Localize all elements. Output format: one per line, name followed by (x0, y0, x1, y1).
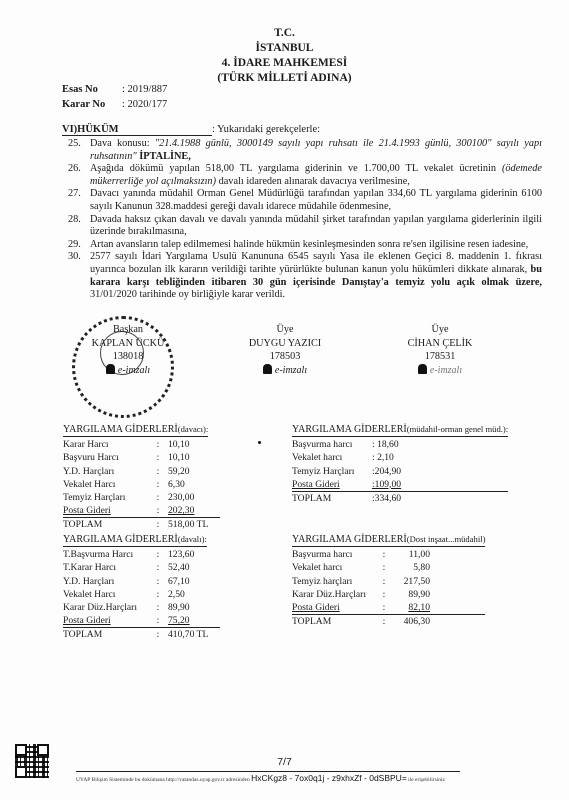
judgment-item: 28. Davada haksız çıkan davalı ve davalı… (68, 214, 542, 239)
hukum-heading: VI)HÜKÜM: Yukarıdaki gerekçelerle: (62, 124, 542, 136)
judgment-item: 27. Davacı yanında müdahil Orman Genel M… (68, 188, 542, 213)
signature-president: Başkan KAPLAN ÜCKÜ 138018 e-imzalı (68, 323, 188, 377)
stray-dot (258, 441, 261, 444)
header-court: 4. İDARE MAHKEMESİ (0, 56, 569, 71)
expense-total-row: TOPLAM:518,00 TL (63, 517, 220, 531)
expenses-dost-insaat: YARGILAMA GİDERLERİ(Dost inşaat...müdahi… (292, 533, 485, 628)
expense-row: Vekalet Harcı:2,50 (63, 588, 220, 601)
expense-row: Posta Gideri:75,20 (63, 614, 220, 627)
expense-row: Karar Harcı:10,10 (63, 438, 220, 451)
expense-row: T.Başvurma Harcı:123,60 (63, 548, 220, 561)
expense-row: Y.D. Harçları:59,20 (63, 465, 220, 478)
hukum-intro: : Yukarıdaki gerekçelerle: (212, 124, 320, 135)
e-signature-icon (106, 364, 115, 374)
judgment-items: 25. Dava konusu: "21.4.1988 günlü, 30001… (68, 138, 542, 302)
footer-verification: UYAP Bilişim Sisteminde bu dokümana http… (76, 773, 496, 783)
expense-total-row: TOPLAM:406,30 (292, 614, 485, 628)
expense-row: Temyiz Harçları:230,00 (63, 491, 220, 504)
judgment-item: 30. 2577 sayılı İdari Yargılama Usulü Ka… (68, 251, 542, 301)
esas-value: : 2019/887 (122, 82, 167, 97)
header-city: İSTANBUL (0, 41, 569, 56)
signature-member-1: Üye DUYGU YAZICI 178503 e-imzalı (225, 323, 345, 377)
judgment-item: 29. Artan avansların talep edilmemesi ha… (68, 239, 542, 252)
hukum-title: VI)HÜKÜM (62, 124, 212, 136)
page-number: 7/7 (0, 756, 569, 768)
expense-row: T.Karar Harcı:52,40 (63, 561, 220, 574)
expense-row: Posta Gideri:109,00 (292, 478, 508, 491)
karar-label: Karar No (62, 97, 122, 112)
expense-total-row: TOPLAM:410,70 TL (63, 627, 220, 641)
expense-row: Vekalet harcı:5,80 (292, 561, 485, 574)
signature-member-2: Üye CİHAN ÇELİK 178531 e-imzalı (380, 323, 500, 377)
expenses-mudahil-orman: YARGILAMA GİDERLERİ(müdahil-orman genel … (292, 423, 508, 505)
verification-code: HxCKgz8 - 7ox0q1j - z9xhxZf - 0dSBPU= (251, 773, 407, 783)
judgment-item: 26. Aşağıda dökümü yapılan 518,00 TL yar… (68, 163, 542, 188)
footer-divider (76, 771, 460, 772)
expense-row: Başvurma harcı:11,00 (292, 548, 485, 561)
expense-row: Posta Gideri:202,30 (63, 504, 220, 517)
esas-label: Esas No (62, 82, 122, 97)
karar-value: : 2020/177 (122, 97, 167, 112)
judgment-item: 25. Dava konusu: "21.4.1988 günlü, 30001… (68, 138, 542, 163)
expense-row: Başvuru Harcı:10,10 (63, 451, 220, 464)
expenses-davaci: YARGILAMA GİDERLERİ(davacı): Karar Harcı… (63, 423, 220, 532)
expense-row: Vekalet harcı: 2,10 (292, 451, 508, 464)
case-info: Esas No: 2019/887 Karar No: 2020/177 (62, 82, 167, 112)
expense-row: Temyiz harçları:217,50 (292, 575, 485, 588)
court-header: T.C. İSTANBUL 4. İDARE MAHKEMESİ (TÜRK M… (0, 26, 569, 86)
expense-row: Y.D. Harçları:67,10 (63, 575, 220, 588)
header-tc: T.C. (0, 26, 569, 41)
expense-row: Karar Düz.Harçları:89,90 (292, 588, 485, 601)
e-signature-icon (263, 364, 272, 374)
expenses-davali: YARGILAMA GİDERLERİ(davalı): T.Başvurma … (63, 533, 220, 642)
expense-row: Karar Düz.Harçları:89,90 (63, 601, 220, 614)
expense-row: Temyiz Harçları:204,90 (292, 465, 508, 478)
expense-row: Posta Gideri:82,10 (292, 601, 485, 614)
e-signature-icon (418, 364, 427, 374)
expense-total-row: TOPLAM:334,60 (292, 491, 508, 505)
expense-row: Başvurma harcı: 18,60 (292, 438, 508, 451)
expense-row: Vekalet Harcı:6,30 (63, 478, 220, 491)
